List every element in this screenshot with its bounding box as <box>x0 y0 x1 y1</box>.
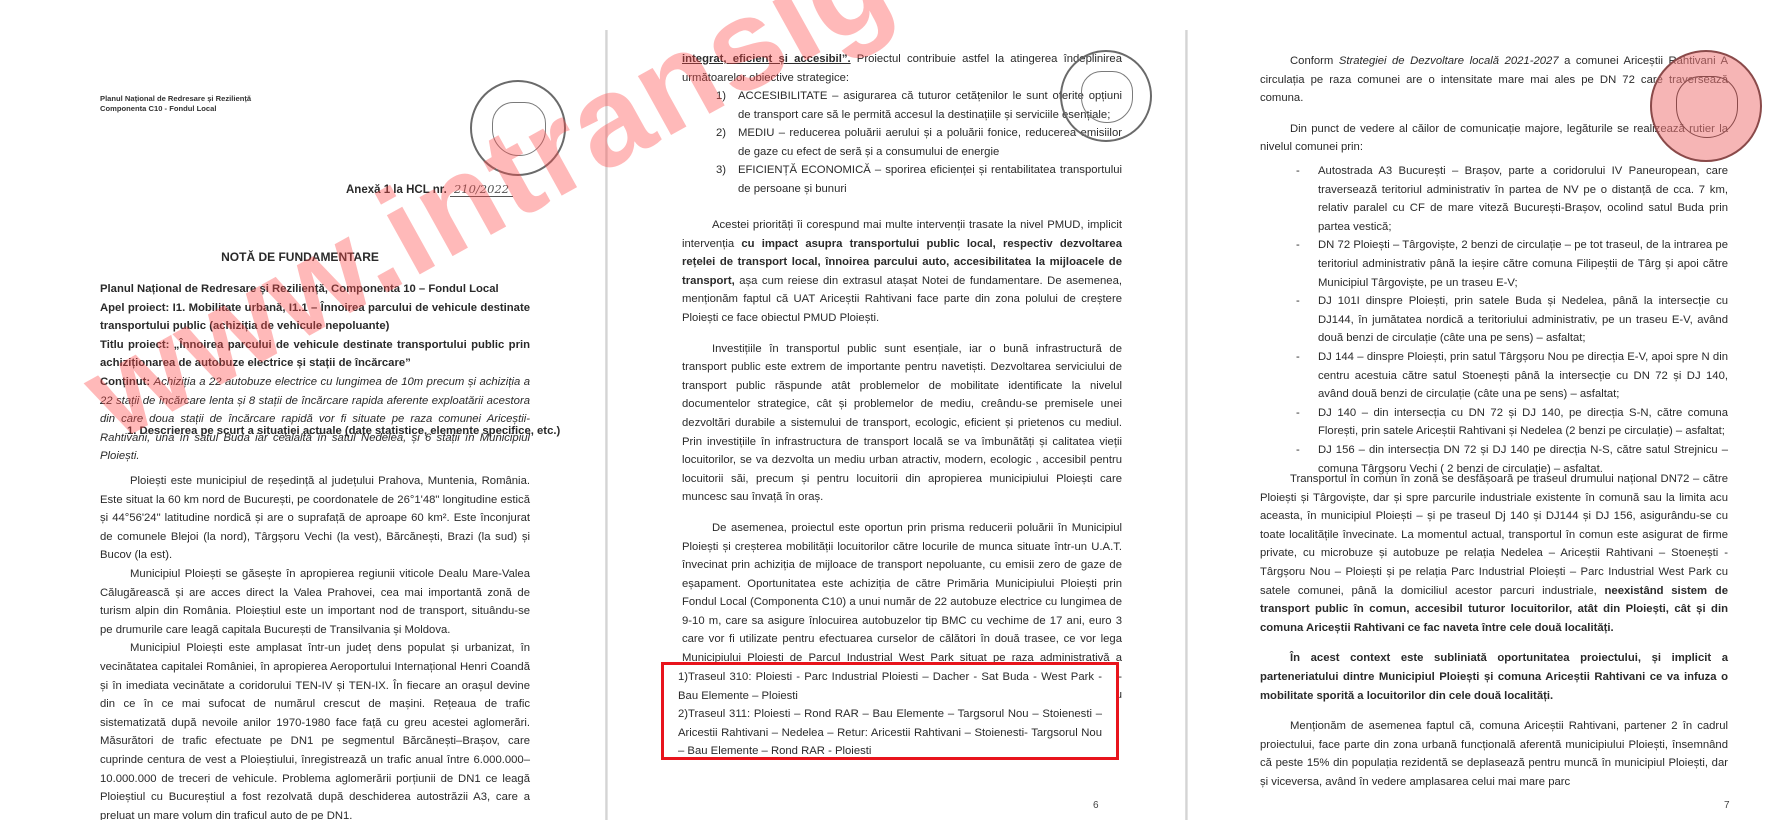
intro-underlined: integrat, eficient și accesibil”. <box>682 53 851 65</box>
document-page-left: Planul Național de Redresare și Rezilien… <box>0 0 608 820</box>
road-item-dj144: DJ 144 – dinspre Ploiești, prin satul Tâ… <box>1318 348 1728 404</box>
objective-number: 1) <box>716 87 726 106</box>
route-310: 1)Traseul 310: Ploiesti - Parc Industria… <box>678 668 1102 705</box>
road-item-a3: Autostrada A3 București – Brașov, parte … <box>1318 162 1728 236</box>
paragraph-partner: Menționăm de asemenea faptul că, comuna … <box>1260 717 1728 791</box>
paragraph-public-transport: Transportul în comun în zonă se desfășoa… <box>1260 470 1728 637</box>
section-heading: 1. Descrierea pe scurt a situației actua… <box>127 425 560 437</box>
project-info: Planul Național de Redresare și Rezilien… <box>100 280 530 466</box>
strategy-title: Strategiei de Dezvoltare locală 2021-202… <box>1339 55 1559 67</box>
roads-list: Autostrada A3 București – Brașov, parte … <box>1318 162 1728 478</box>
program-line: Planul Național de Redresare și Rezilien… <box>100 280 530 299</box>
page-number: 7 <box>1724 800 1730 811</box>
page-number: 6 <box>1093 800 1099 811</box>
objective-text: – reducerea poluării aerului și a poluăr… <box>738 127 1122 158</box>
pmud-end: așa cum reiese din extrasul atașat Notei… <box>682 275 1122 324</box>
call-label: Apel proiect: <box>100 302 169 314</box>
transport-text: Transportul în comun în zonă se desfășoa… <box>1260 473 1728 597</box>
official-stamp-icon <box>1650 50 1762 162</box>
strategy-start: Conform <box>1290 55 1339 67</box>
content-label: Conținut: <box>100 376 150 388</box>
objective-item: 2)MEDIU – reducerea poluării aerului și … <box>738 124 1122 161</box>
objective-name: EFICIENȚĂ ECONOMICĂ <box>738 164 871 176</box>
objective-name: ACCESIBILITATE <box>738 90 827 102</box>
objective-number: 2) <box>716 124 726 143</box>
paragraph-ploiesti-location: Ploiești este municipiul de reședință al… <box>100 472 530 565</box>
header-program: Planul Național de Redresare și Rezilien… <box>100 94 251 104</box>
section-body: Ploiești este municipiul de reședință al… <box>100 472 530 820</box>
objective-number: 3) <box>716 161 726 180</box>
paragraph-pmud: Acestei priorități îi corespund mai mult… <box>682 216 1122 328</box>
annex-label: Anexă 1 la HCL nr. 210/2022 <box>346 182 513 196</box>
paragraph-context: În acest context este subliniată oportun… <box>1260 649 1728 705</box>
document-title: NOTĂ DE FUNDAMENTARE <box>0 250 600 264</box>
page7-body: Transportul în comun în zonă se desfășoa… <box>1260 470 1728 792</box>
objective-name: MEDIU <box>738 127 774 139</box>
paragraph-ploiesti-traffic: Municipiul Ploiești este amplasat într-u… <box>100 639 530 820</box>
paragraph-ploiesti-region: Municipiul Ploiești se găsește în apropi… <box>100 565 530 639</box>
road-item-dj140: DJ 140 – din intersecția cu DN 72 și DJ … <box>1318 404 1728 441</box>
header-component: Componenta C10 - Fondul Local <box>100 104 251 114</box>
objective-item: 3)EFICIENȚĂ ECONOMICĂ – sporirea eficien… <box>738 161 1122 198</box>
annex-text: Anexă 1 la HCL nr. <box>346 184 447 196</box>
objectives-intro: integrat, eficient și accesibil”. Proiec… <box>682 50 1122 87</box>
route-311: 2)Traseul 311: Ploiesti – Rond RAR – Bau… <box>678 705 1102 761</box>
road-item-dj101i: DJ 101I dinspre Ploiești, prin satele Bu… <box>1318 292 1728 348</box>
page-header: Planul Național de Redresare și Rezilien… <box>100 94 251 114</box>
page6-body: Acestei priorități îi corespund mai mult… <box>682 216 1122 723</box>
official-stamp-icon <box>470 80 566 176</box>
content-text: Achiziția a 22 autobuze electrice cu lun… <box>100 376 530 462</box>
project-title-label: Titlu proiect: <box>100 339 169 351</box>
official-stamp-icon <box>1060 50 1152 142</box>
highlighted-routes-box: 1)Traseul 310: Ploiesti - Parc Industria… <box>661 662 1119 760</box>
paragraph-investments: Investițiile în transportul public sunt … <box>682 340 1122 507</box>
road-item-dn72: DN 72 Ploiești – Târgoviște, 2 benzi de … <box>1318 236 1728 292</box>
annex-number-handwritten: 210/2022 <box>450 182 513 197</box>
